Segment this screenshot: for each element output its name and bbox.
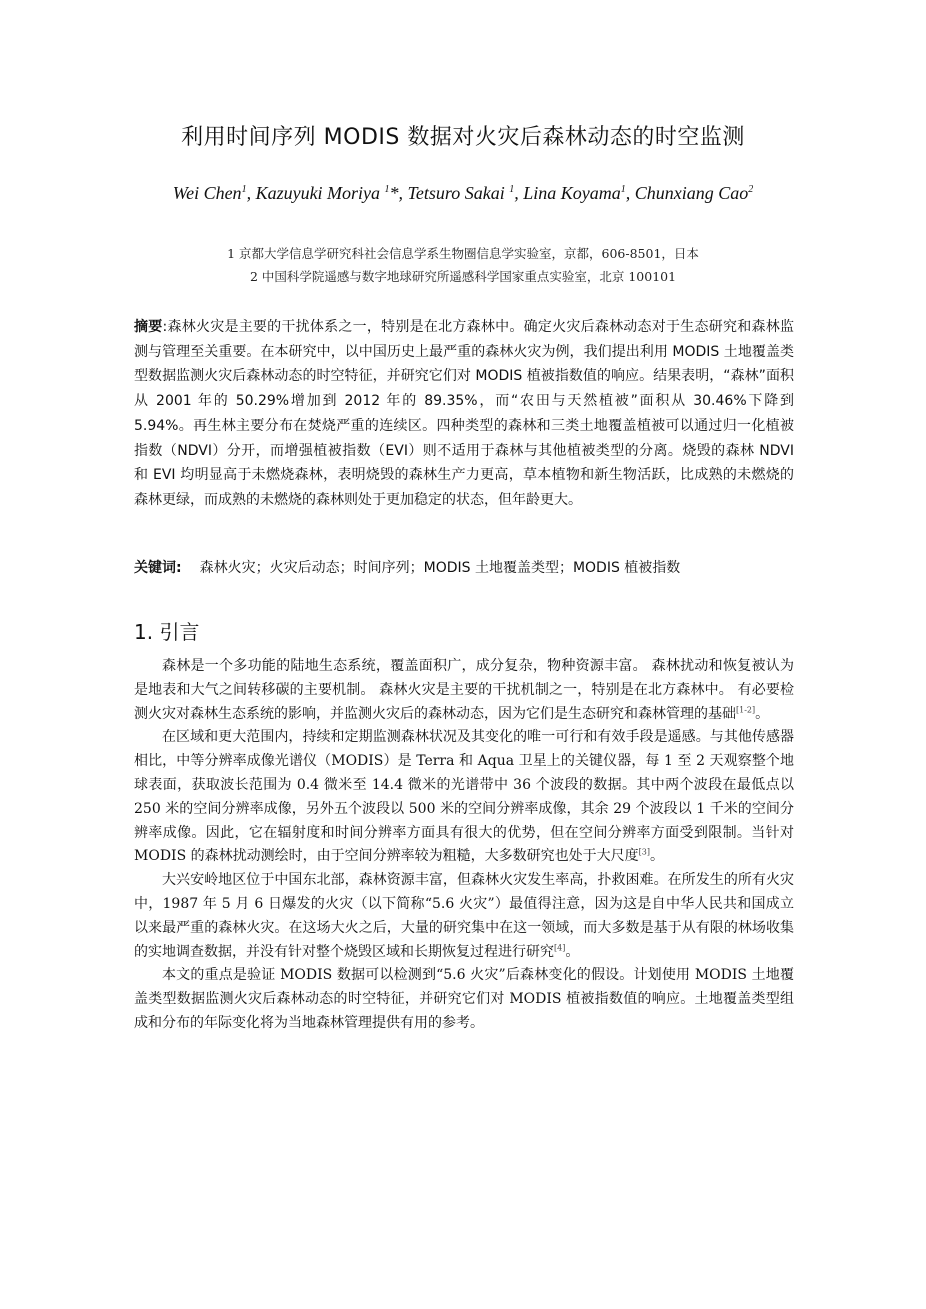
citation: [3] — [639, 848, 650, 857]
keywords: 关键词:森林火灾；火灾后动态；时间序列；MODIS 土地覆盖类型；MODIS 植… — [134, 557, 794, 577]
citation: [1-2] — [736, 705, 755, 714]
abstract: 摘要:森林火灾是主要的干扰体系之一，特别是在北方森林中。确定火灾后森林动态对于生… — [134, 315, 794, 513]
author: Kazuyuki Moriya 1*, — [256, 183, 408, 203]
paragraph: 在区域和更大范围内，持续和定期监测森林状况及其变化的唯一可行和有效手段是遥感。与… — [134, 726, 794, 869]
affiliation-2: 2 中国科学院遥感与数字地球研究所遥感科学国家重点实验室，北京 100101 — [0, 267, 926, 285]
section-heading: 1. 引言 — [134, 616, 199, 645]
author: Tetsuro Sakai 1, — [408, 183, 524, 203]
author-list: Wei Chen1, Kazuyuki Moriya 1*, Tetsuro S… — [0, 183, 926, 204]
keywords-label: 关键词: — [134, 560, 182, 576]
author: Wei Chen1, — [173, 183, 256, 203]
author: Chunxiang Cao2 — [635, 183, 754, 203]
citation: [4] — [554, 943, 565, 952]
paper-title: 利用时间序列 MODIS 数据对火灾后森林动态的时空监测 — [0, 120, 926, 151]
paragraph: 森林是一个多功能的陆地生态系统，覆盖面积广，成分复杂，物种资源丰富。 森林扰动和… — [134, 655, 794, 726]
document-page: 利用时间序列 MODIS 数据对火灾后森林动态的时空监测 Wei Chen1, … — [0, 0, 926, 1309]
paragraph: 大兴安岭地区位于中国东北部，森林资源丰富，但森林火灾发生率高，扑救困难。在所发生… — [134, 869, 794, 964]
abstract-label: 摘要 — [134, 319, 163, 335]
paragraph: 本文的重点是验证 MODIS 数据可以检测到“5.6 火灾”后森林变化的假设。计… — [134, 964, 794, 1035]
author: Lina Koyama1, — [523, 183, 635, 203]
keywords-text: 森林火灾；火灾后动态；时间序列；MODIS 土地覆盖类型；MODIS 植被指数 — [200, 560, 681, 576]
affiliation-1: 1 京都大学信息学研究科社会信息学系生物圈信息学实验室，京都，606-8501，… — [0, 244, 926, 262]
abstract-text: :森林火灾是主要的干扰体系之一，特别是在北方森林中。确定火灾后森林动态对于生态研… — [134, 319, 794, 508]
section-body: 森林是一个多功能的陆地生态系统，覆盖面积广，成分复杂，物种资源丰富。 森林扰动和… — [134, 655, 794, 1036]
